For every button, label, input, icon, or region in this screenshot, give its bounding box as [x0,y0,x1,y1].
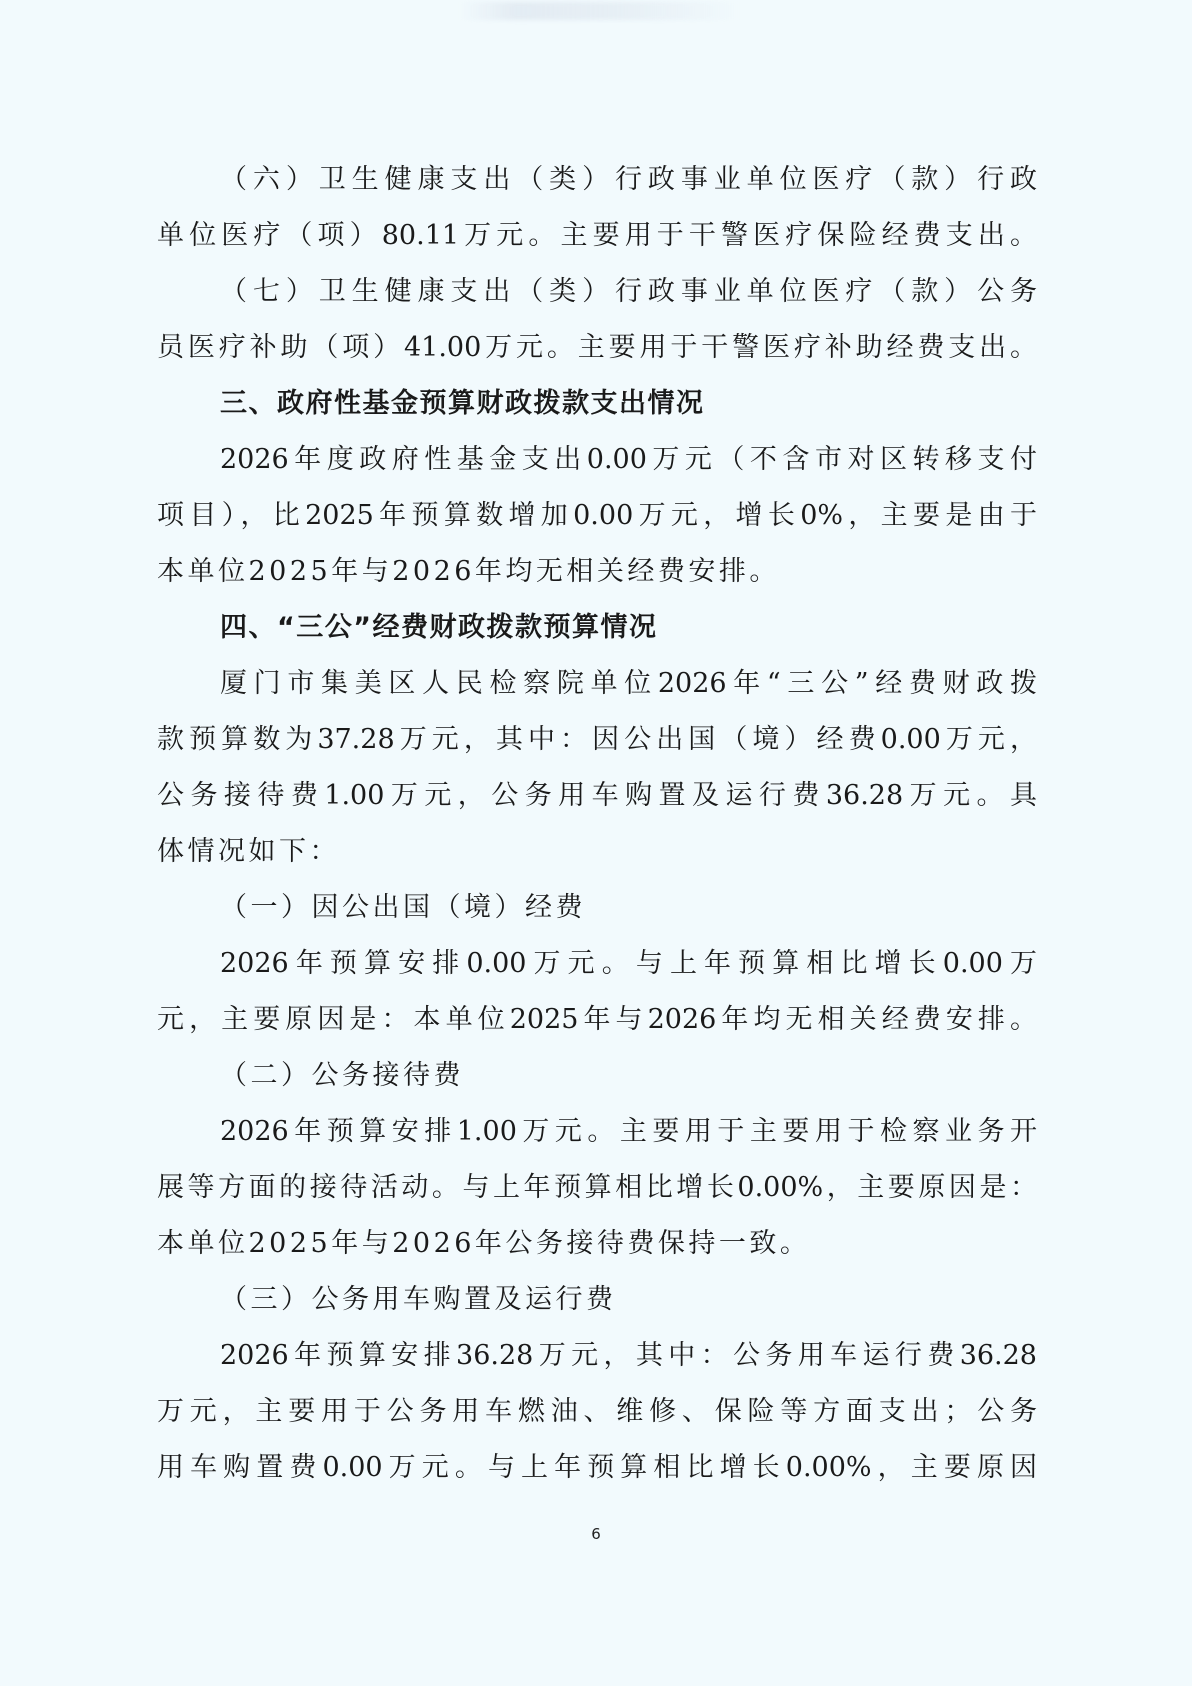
paragraph-line: （七）卫生健康支出（类）行政事业单位医疗（款）公务 [220,272,1037,312]
subsection-heading: （三）公务用车购置及运行费 [220,1280,1100,1320]
paragraph-line: 2026年预算安排0.00万元。与上年预算相比增长0.00万 [220,944,1037,984]
paragraph-line: 本单位2025年与2026年公务接待费保持一致。 [157,1224,1037,1264]
document-page: （六）卫生健康支出（类）行政事业单位医疗（款）行政 单位医疗（项）80.11万元… [0,0,1192,1686]
paragraph-line: （六）卫生健康支出（类）行政事业单位医疗（款）行政 [220,160,1037,200]
page-number: 6 [0,1525,1192,1543]
paragraph-line: 项目），比2025年预算数增加0.00万元，增长0%，主要是由于 [157,496,1037,536]
paragraph-line: 款预算数为37.28万元，其中：因公出国（境）经费0.00万元， [157,720,1037,760]
section-heading: 四、“三公”经费财政拨款预算情况 [220,608,1100,648]
paragraph-line: 厦门市集美区人民检察院单位2026年“三公”经费财政拨 [220,664,1037,704]
header-bleed-through [460,2,740,20]
paragraph-line: 本单位2025年与2026年均无相关经费安排。 [157,552,1037,592]
paragraph-line: 单位医疗（项）80.11万元。主要用于干警医疗保险经费支出。 [157,216,1037,256]
subsection-heading: （一）因公出国（境）经费 [220,888,1100,928]
section-heading: 三、政府性基金预算财政拨款支出情况 [220,384,1100,424]
paragraph-line: 2026年度政府性基金支出0.00万元（不含市对区转移支付 [220,440,1037,480]
paragraph-line: 员医疗补助（项）41.00万元。主要用于干警医疗补助经费支出。 [157,328,1037,368]
paragraph-line: 元，主要原因是：本单位2025年与2026年均无相关经费安排。 [157,1000,1037,1040]
paragraph-line: 2026年预算安排1.00万元。主要用于主要用于检察业务开 [220,1112,1037,1152]
paragraph-line: 用车购置费0.00万元。与上年预算相比增长0.00%，主要原因 [157,1448,1037,1488]
paragraph-line: 2026年预算安排36.28万元，其中：公务用车运行费36.28 [220,1336,1037,1376]
paragraph-line: 公务接待费1.00万元，公务用车购置及运行费36.28万元。具 [157,776,1037,816]
paragraph-line: 展等方面的接待活动。与上年预算相比增长0.00%，主要原因是： [157,1168,1037,1208]
subsection-heading: （二）公务接待费 [220,1056,1100,1096]
paragraph-line: 万元，主要用于公务用车燃油、维修、保险等方面支出；公务 [157,1392,1037,1432]
paragraph-line: 体情况如下： [157,832,1037,872]
